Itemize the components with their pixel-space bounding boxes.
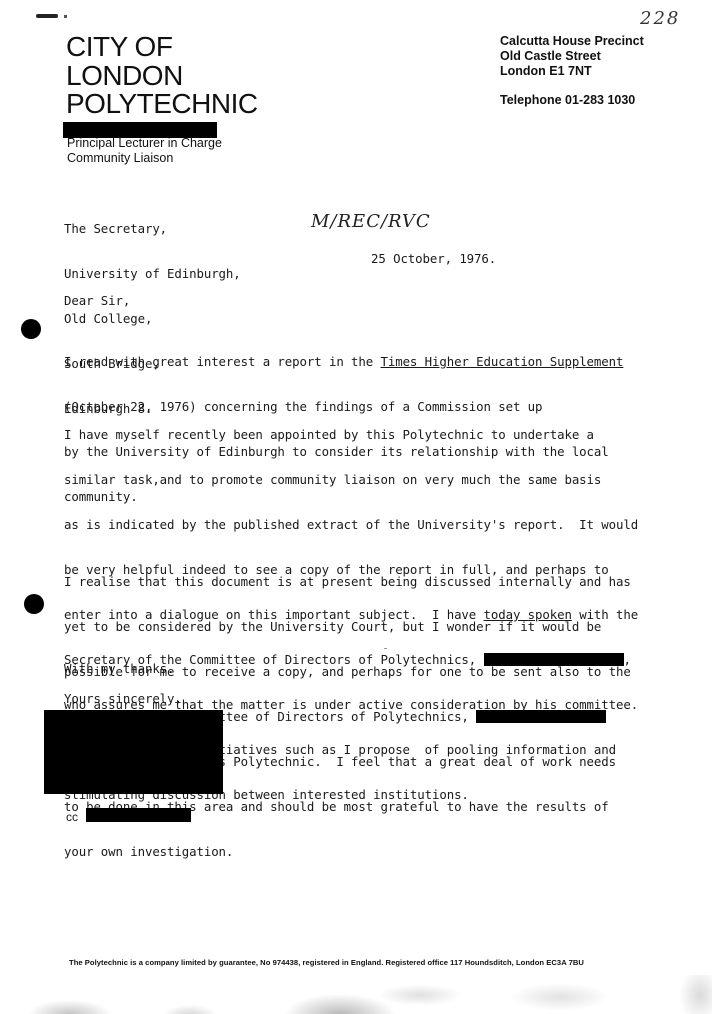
sender-title: Principal Lecturer in Charge Community L… [67, 136, 222, 165]
recipient-line: The Secretary, [64, 221, 241, 236]
address-line: Old Castle Street [500, 49, 644, 64]
sender-title-line: Principal Lecturer in Charge [67, 136, 222, 151]
scan-speck [384, 648, 387, 649]
sender-address: Calcutta House Precinct Old Castle Stree… [500, 34, 644, 79]
scan-smudge [0, 975, 712, 1014]
footer-legal-text: The Polytechnic is a company limited by … [69, 958, 584, 967]
text-line: I read with great interest a report in t… [64, 354, 623, 369]
telephone: Telephone 01-283 1030 [500, 93, 635, 107]
logo-line: CITY OF [66, 33, 258, 62]
text-line: I have myself recently been appointed by… [64, 427, 638, 442]
logo-line: POLYTECHNIC [66, 90, 258, 119]
letter-date: 25 October, 1976. [371, 251, 496, 266]
text-line: your own investigation. [64, 844, 631, 859]
closing-line: With my thanks. [64, 661, 174, 676]
paragraph-3: I realise that this document is at prese… [64, 544, 631, 874]
redacted-name [476, 710, 606, 723]
recipient-line: University of Edinburgh, [64, 266, 241, 281]
logo-line: LONDON [66, 62, 258, 91]
scan-mark [64, 15, 67, 18]
redacted-signature [44, 710, 223, 794]
publication-title: Times Higher Education Supplement [380, 354, 623, 369]
hole-punch [21, 319, 41, 339]
text-line: I realise that this document is at prese… [64, 574, 631, 589]
salutation: Dear Sir, [64, 293, 130, 308]
valediction: Yours sincerely, [64, 691, 182, 706]
institution-logo: CITY OF LONDON POLYTECHNIC [66, 33, 258, 119]
sender-title-line: Community Liaison [67, 151, 222, 166]
address-line: Calcutta House Precinct [500, 34, 644, 49]
text-line: similar task,and to promote community li… [64, 472, 638, 487]
handwritten-page-number: 228 [640, 8, 680, 29]
text-line: as is indicated by the published extract… [64, 517, 638, 532]
text-line: yet to be considered by the University C… [64, 619, 631, 634]
cc-label: cc [66, 810, 78, 824]
handwritten-reference: M/REC/RVC [311, 211, 431, 232]
hole-punch [24, 594, 44, 614]
address-line: London E1 7NT [500, 64, 644, 79]
redacted-cc-recipient [86, 808, 191, 822]
scan-mark [36, 14, 58, 18]
